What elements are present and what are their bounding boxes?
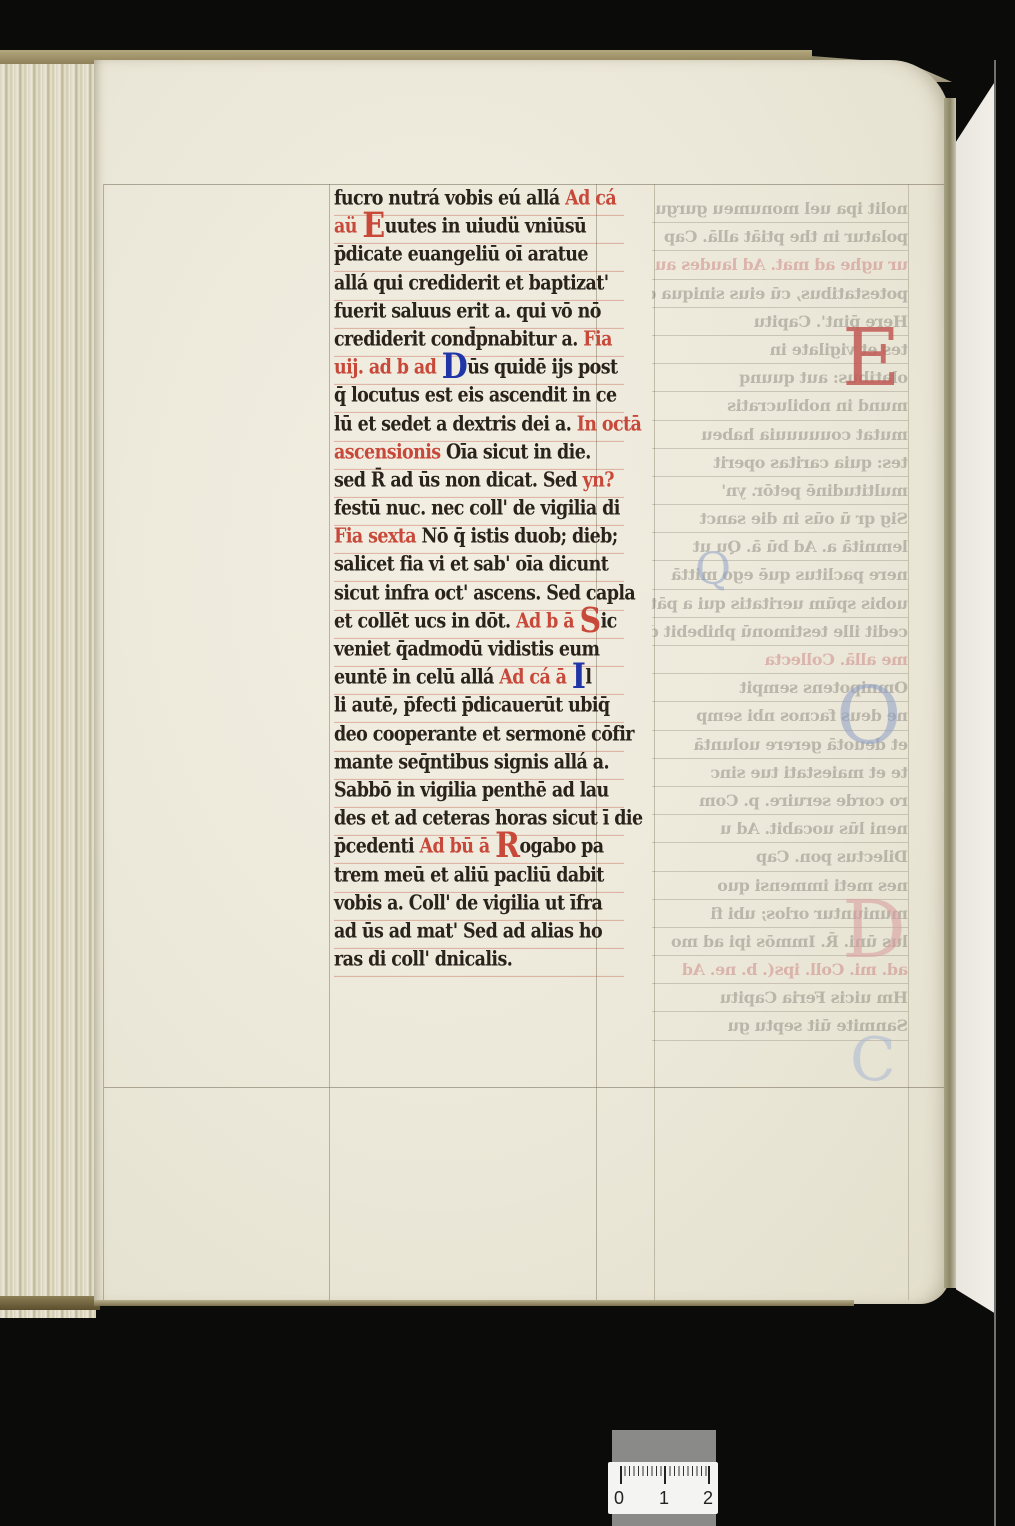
text-line-24: p̄cedenti Ad bū ā Rogabo pa	[334, 832, 624, 864]
ghost-line: Sig qr ū oūs in die sanct	[652, 505, 908, 533]
line-text: veniet q̄admodū vidistis eum	[334, 638, 599, 661]
text-line-8: q̄ locutus est eis ascendit in ce	[334, 381, 624, 413]
line-text: ad ūs ad mat' Sed ad alias ho	[334, 920, 602, 943]
ghost-line: polatur in the ptiāt allā. Cap	[652, 223, 908, 251]
line-text: et collēt ucs in dōt.	[334, 610, 516, 633]
rubric: Fia	[583, 328, 612, 351]
ghost-line: Dilectus pon. Cap	[652, 843, 908, 871]
ghost-line: multitudinē petōr. yn'	[652, 477, 908, 505]
glass-plate-edge	[994, 60, 996, 1526]
ruling-outer-left	[103, 184, 104, 1300]
facing-page-edge	[956, 80, 996, 1314]
ghost-line: nere paclitus quē ego mittā	[652, 561, 908, 589]
line-text: festū nuc. nec coll' de vigilia di	[334, 497, 620, 520]
line-text: ūs quidē ijs post	[467, 356, 617, 379]
line-text: trem meū et aliū pacliū dabit	[334, 864, 604, 887]
rubric: Ad cá	[565, 187, 616, 210]
ghost-line: ro corde seruire. p. Com	[652, 787, 908, 815]
page-stack-left-edges	[0, 52, 96, 1318]
folio-bottom-edge	[94, 1300, 854, 1306]
ruling-column-left	[329, 184, 330, 1300]
scale-ruler: 0 1 2	[608, 1462, 718, 1514]
line-text: fuerit saluus erit a. qui vō nō	[334, 300, 601, 323]
rubric: aü	[334, 215, 362, 238]
ghost-line: te et maiestati tue sinc	[652, 759, 908, 787]
line-text: lū et sedet a dextris dei a.	[334, 413, 577, 436]
ruler-label-2: 2	[703, 1488, 713, 1509]
line-text: mante seq̄ntibus signis allá a.	[334, 751, 609, 774]
ghost-line: tes: quia caritas operit	[652, 449, 908, 477]
line-text: salicet fia vi et sab' oīa dicunt	[334, 554, 608, 577]
rubric: In octā	[577, 413, 642, 436]
line-text: des et ad ceteras horas sicut ī die	[334, 807, 643, 830]
text-line-14: salicet fia vi et sab' oīa dicunt	[334, 550, 624, 582]
text-line-28: ras di coll' dnicalis.	[334, 945, 624, 977]
rubric: uij. ad b ad	[334, 356, 442, 379]
rubric: Ad b ā	[516, 610, 579, 633]
line-text: q̄ locutus est eis ascendit in ce	[334, 385, 617, 408]
rubric: yn?	[583, 469, 614, 492]
text-line-3: p̄dicate euangeliū oī aratue	[334, 240, 624, 272]
ghost-line: cedit ille testimonū phibebit de	[652, 618, 908, 646]
ruling-bottom	[104, 1087, 944, 1088]
ghost-line: neni lūs uocabit. Ad u	[652, 815, 908, 843]
line-text: Oīa sicut in die.	[446, 441, 591, 464]
ghost-line: Hm uicis Feria Capitu	[652, 984, 908, 1012]
line-text: euntē in celū allá	[334, 666, 499, 689]
line-text: p̄cedenti	[334, 836, 420, 859]
line-text: allá qui crediderit et baptizat'	[334, 272, 608, 295]
line-text: uutes in uiudü vniūsū	[385, 215, 586, 238]
ghost-line: potestatibus, cū eius siniqua dic.	[652, 280, 908, 308]
ghost-initial-blue-q: Q	[695, 548, 731, 592]
ruling-ghost-right	[908, 184, 909, 1300]
line-text: Sabbō in vigilia penthē ad lau	[334, 779, 609, 802]
ghost-initial-blue-c: C	[850, 1030, 896, 1090]
line-text: sed R̄ ad ūs non dicat. Sed	[334, 469, 583, 492]
line-text-after: l	[585, 666, 591, 689]
line-text-after: ic	[601, 610, 617, 633]
ghost-line: nolit ipa uel monumeu gurgu	[652, 195, 908, 223]
ghost-line: mutat couuuuuia habeu	[652, 421, 908, 449]
line-text: vobis a. Coll' de vigilia ut īfra	[334, 892, 602, 915]
ruler-major-tick	[664, 1466, 666, 1484]
line-text: ras di coll' dnicalis.	[334, 948, 512, 971]
line-text: Nō q̄ istis duob; dieb;	[421, 525, 617, 548]
ruler-label-1: 1	[659, 1488, 669, 1509]
rubric: ascensionis	[334, 441, 446, 464]
ghost-initial-red-d: D	[842, 890, 906, 970]
line-text: deo cooperante et sermonē cōfir	[334, 723, 634, 746]
line-text-after: ogabo pa	[519, 836, 603, 859]
page-stack-bottom	[0, 1296, 100, 1310]
ghost-line: ur ughe ad mat. Ad laudes au	[652, 251, 908, 279]
rubric: Fia sexta	[334, 525, 421, 548]
rubric: Ad cá ā	[499, 666, 572, 689]
rubric: Ad bū ā	[420, 836, 496, 859]
ruler-label-0: 0	[614, 1488, 624, 1509]
text-line-19: li autē, p̄fecti p̄dicauerūt ubiq̄	[334, 691, 624, 723]
line-text: p̄dicate euangeliū oī aratue	[334, 244, 588, 267]
ghost-line: lemnitā a. Ad bū ā. Qu ut	[652, 533, 908, 561]
ruler-major-tick	[620, 1466, 622, 1484]
main-text-column: fucro nutrá vobis eú allá Ad cá aü Euute…	[334, 188, 624, 977]
ghost-initial-red-e: E	[842, 318, 900, 398]
line-text: li autē, p̄fecti p̄dicauerūt ubiq̄	[334, 695, 610, 718]
ghost-initial-blue-o: O	[836, 676, 902, 756]
ruler-major-tick	[708, 1466, 710, 1484]
ghost-line: uobis spūm ueritatis qui a pātrē p	[652, 590, 908, 618]
gutter	[944, 98, 956, 1288]
